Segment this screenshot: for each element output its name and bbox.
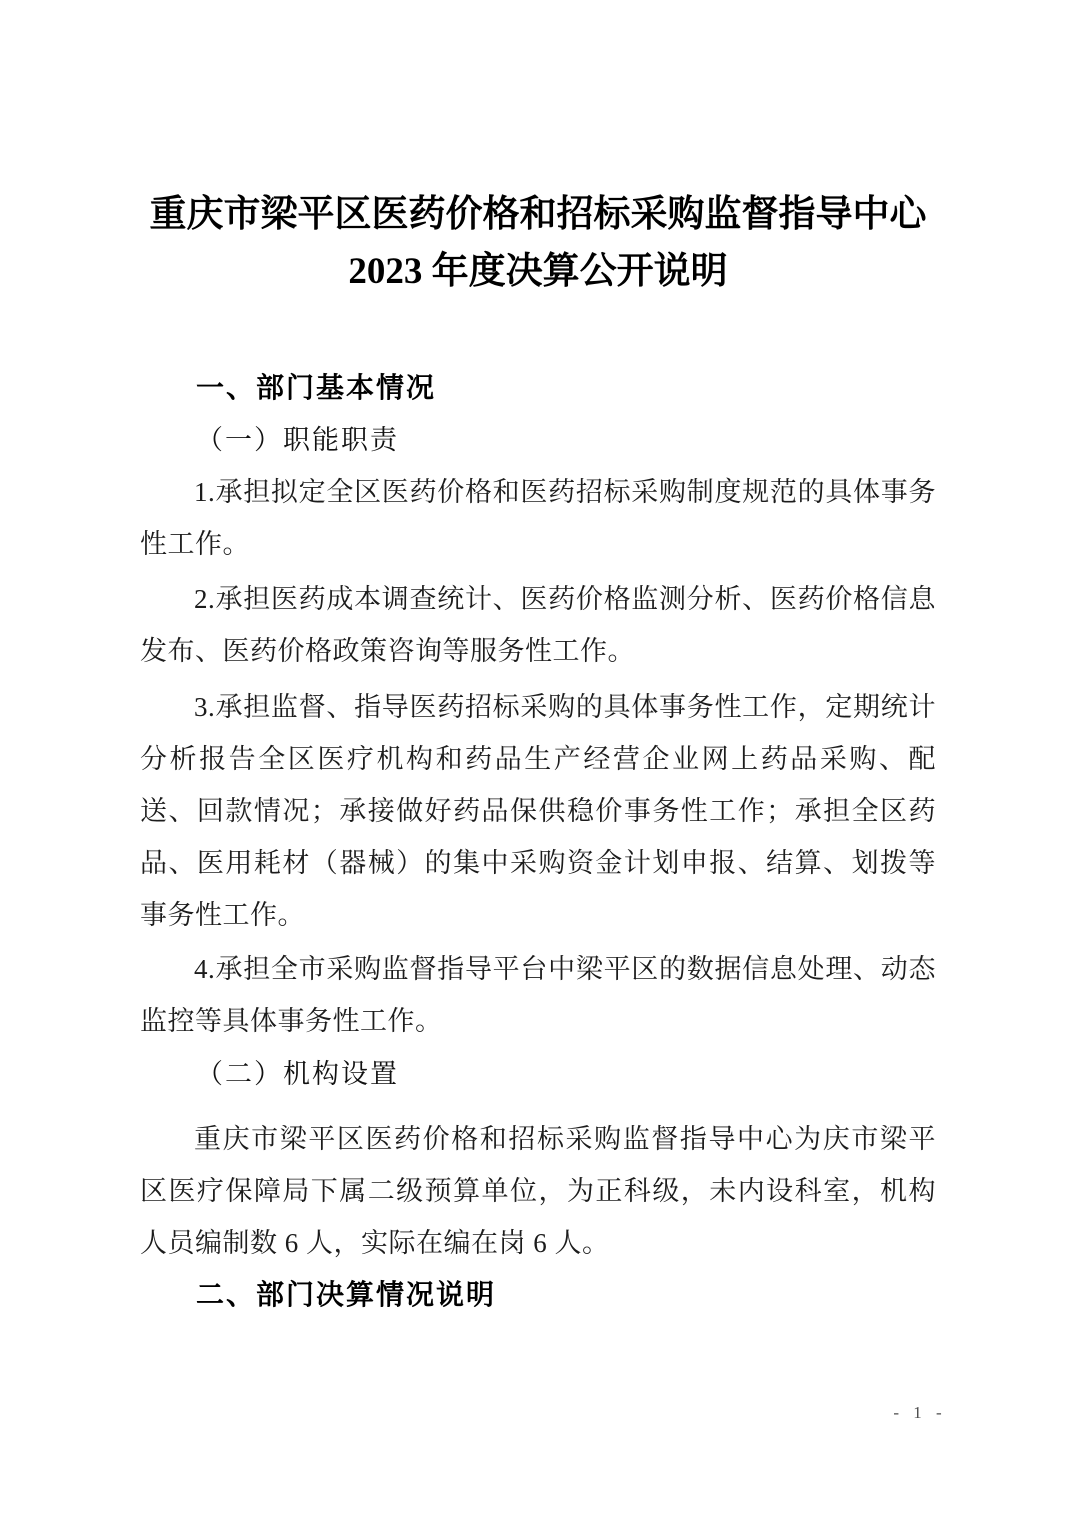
paragraph-duty-4: 4.承担全市采购监督指导平台中梁平区的数据信息处理、动态监控等具体事务性工作。 — [140, 943, 936, 1047]
document-title: 重庆市梁平区医药价格和招标采购监督指导中心 2023 年度决算公开说明 — [100, 186, 976, 300]
sub-heading-organization: （二）机构设置 — [140, 1048, 936, 1100]
section-heading-1: 一、部门基本情况 — [140, 362, 936, 414]
page-number: - 1 - — [860, 1403, 980, 1423]
document-title-line1: 重庆市梁平区医药价格和招标采购监督指导中心 — [100, 186, 976, 243]
document-page: 重庆市梁平区医药价格和招标采购监督指导中心 2023 年度决算公开说明 一、部门… — [0, 0, 1076, 1519]
paragraph-duty-1: 1.承担拟定全区医药价格和医药招标采购制度规范的具体事务性工作。 — [140, 466, 936, 570]
document-title-line2: 2023 年度决算公开说明 — [100, 243, 976, 300]
paragraph-duty-3: 3.承担监督、指导医药招标采购的具体事务性工作，定期统计分析报告全区医疗机构和药… — [140, 681, 936, 941]
paragraph-organization: 重庆市梁平区医药价格和招标采购监督指导中心为庆市梁平区医疗保障局下属二级预算单位… — [140, 1113, 936, 1269]
sub-heading-duties: （一）职能职责 — [140, 414, 936, 466]
section-heading-2: 二、部门决算情况说明 — [140, 1269, 936, 1321]
paragraph-duty-2: 2.承担医药成本调查统计、医药价格监测分析、医药价格信息发布、医药价格政策咨询等… — [140, 573, 936, 677]
